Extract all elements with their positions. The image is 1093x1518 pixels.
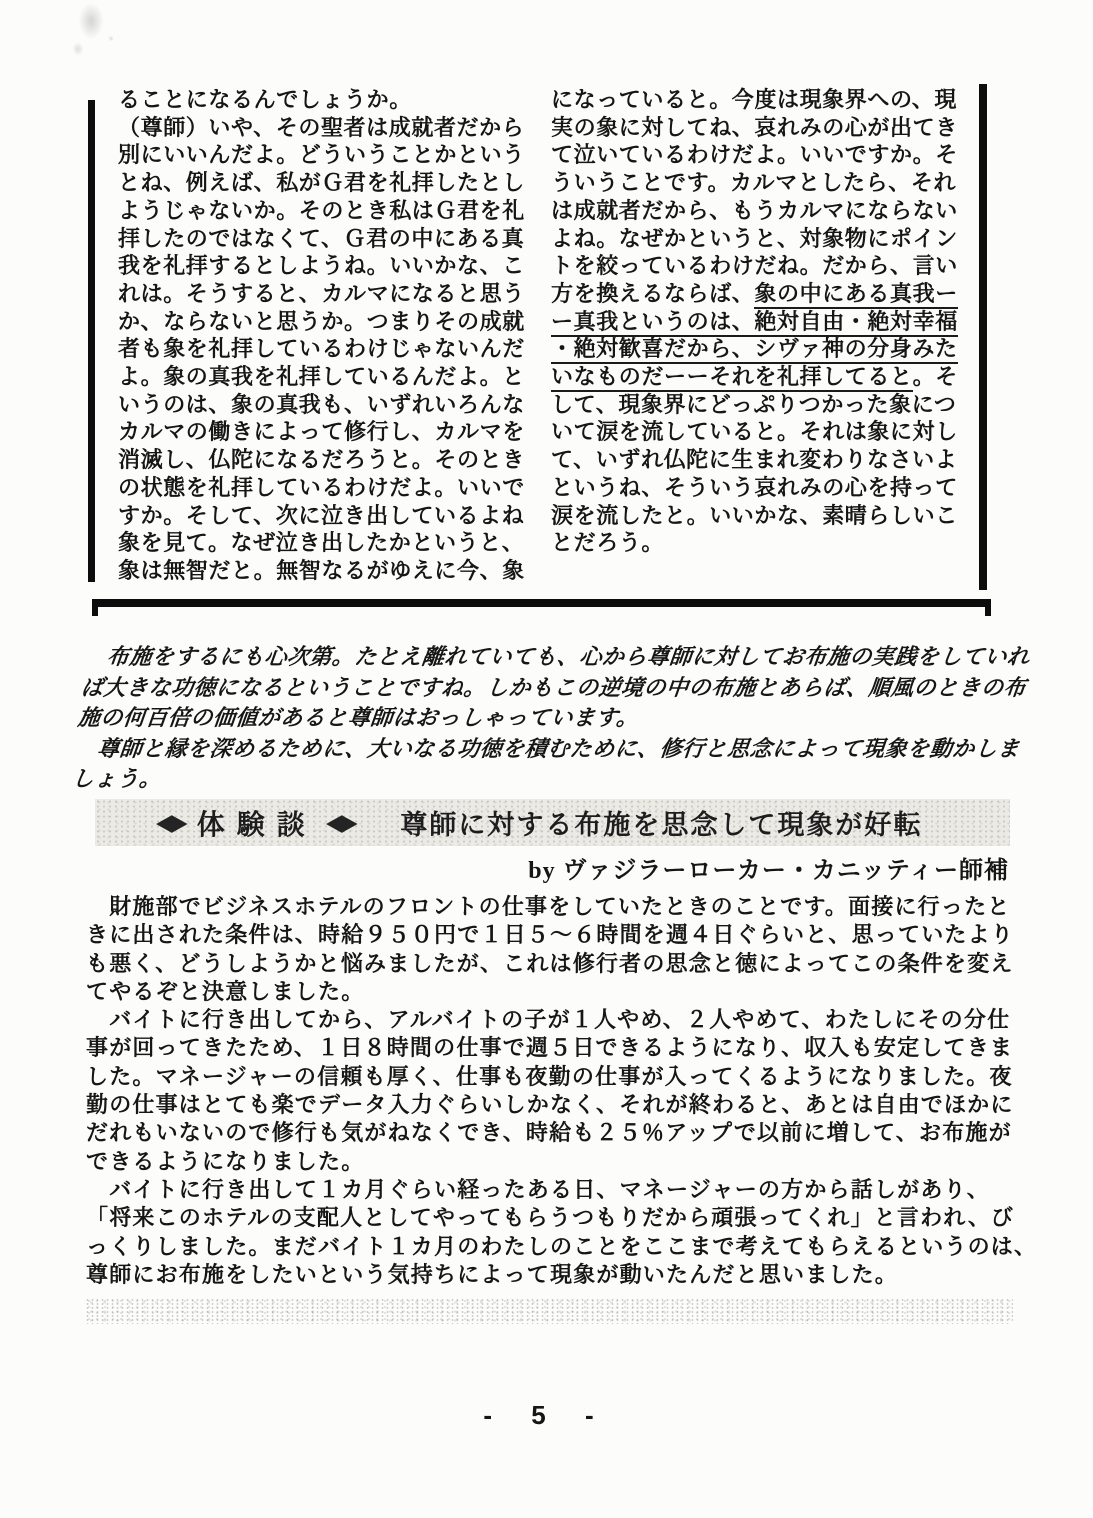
text-line: ー真我というのは、絶対自由・絶対幸福	[551, 308, 958, 336]
box-bottom-border	[92, 599, 991, 607]
text-line: ば大きな功徳になるということですね。しかもこの逆境の中の布施とあらば、順風のとき…	[80, 673, 1028, 704]
diamond-icon: ◆	[156, 809, 188, 836]
text-line: ういうことです。カルマとしたら、それ	[551, 169, 958, 197]
text-line: バイトに行き出してから、アルバイトの子が１人やめ、２人やめて、わたしにその分仕	[86, 1006, 1037, 1034]
text-line: 者も象を礼拝しているわけじゃないんだ	[118, 335, 525, 363]
text-line: して、現象界にどっぷりつかった象につ	[551, 391, 958, 419]
text-line: すか。そして、次に泣き出しているよね	[118, 502, 525, 530]
text-line: だれもいないので修行も気がねなくでき、時給も２５％アップで以前に増して、お布施が	[86, 1119, 1037, 1147]
diamond-icon: ◆	[326, 809, 358, 836]
text-line: ることになるんでしょうか。	[118, 86, 525, 114]
text-line: （尊師）いや、その聖者は成就者だから	[118, 114, 525, 142]
text-line: 実の象に対してね、哀れみの心が出てき	[551, 114, 958, 142]
text-line: 象は無智だと。無智なるがゆえに今、象	[118, 557, 525, 585]
page-number: - 5 -	[0, 1400, 1093, 1431]
text-line: きに出された条件は、時給９５０円で１日５～６時間を週４日ぐらいと、思っていたより	[86, 921, 1037, 949]
text-line: いなものだーーそれを礼拝してると。そ	[551, 363, 958, 391]
text-line: て、いずれ仏陀に生まれ変わりなさいよ	[551, 446, 958, 474]
section-label: 体験談	[197, 803, 317, 843]
text-line: よ。象の真我を礼拝しているんだよ。と	[118, 363, 525, 391]
scan-smudge-artifact	[34, 0, 144, 70]
feature-headline-band: ◆ 体験談 ◆ 尊師に対する布施を思念して現象が好転	[95, 799, 1010, 846]
box-right-border	[979, 84, 987, 590]
text-line: 消滅し、仏陀になるだろうと。そのとき	[118, 446, 525, 474]
text-line: というね、そういう哀れみの心を持って	[551, 474, 958, 502]
text-line: か、ならないと思うか。つまりその成就	[118, 308, 525, 336]
text-line: てやるぞと決意しました。	[86, 978, 1037, 1006]
text-line: 尊師と縁を深めるために、大いなる功徳を積むために、修行と思念によって現象を動かし…	[73, 734, 1021, 765]
text-line: 「将来このホテルの支配人としてやってもらうつもりだから頑張ってくれ」と言われ、び	[86, 1204, 1037, 1232]
text-line: トを絞っているわけだね。だから、言い	[551, 252, 958, 280]
text-line: 涙を流したと。いいかな、素晴らしいこ	[551, 502, 958, 530]
text-line: っくりしました。まだバイト１カ月のわたしのことをここまで考えてもらえるというのは…	[86, 1233, 1037, 1261]
text-line: 事が回ってきたため、１日８時間の仕事で週５日できるようになり、収入も安定してきま	[86, 1034, 1037, 1062]
text-line: ようじゃないか。そのとき私はＧ君を礼	[118, 197, 525, 225]
text-line: した。マネージャーの信頼も厚く、仕事も夜勤の仕事が入ってくるようになりました。夜	[86, 1063, 1037, 1091]
text-line: とだろう。	[551, 529, 958, 557]
text-line: カルマの働きによって修行し、カルマを	[118, 418, 525, 446]
testimonial-body: 財施部でビジネスホテルのフロントの仕事をしていたときのことです。面接に行ったとき…	[86, 893, 1037, 1289]
text-line: 財施部でビジネスホテルのフロントの仕事をしていたときのことです。面接に行ったと	[86, 893, 1037, 921]
scanner-noise-band	[85, 1298, 1013, 1324]
editor-commentary: 布施をするにも心次第。たとえ離れていても、心から尊師に対してお布施の実践をしてい…	[70, 642, 1031, 795]
dialogue-left-column: ることになるんでしょうか。（尊師）いや、その聖者は成就者だから別にいいんだよ。ど…	[118, 86, 525, 585]
text-line: 施の何百倍の価値があると尊師はおっしゃっています。	[76, 703, 1024, 734]
text-line: 拝したのではなくて、Ｇ君の中にある真	[118, 225, 525, 253]
text-line: 勤の仕事はとても楽でデータ入力ぐらいしかなく、それが終わると、あとは自由でほかに	[86, 1091, 1037, 1119]
text-line: ・絶対歓喜だから、シヴァ神の分身みた	[551, 335, 958, 363]
feature-byline: by ヴァジラーローカー・カニッティー師補	[528, 850, 1009, 885]
dialogue-right-column: になっていると。今度は現象界への、現実の象に対してね、哀れみの心が出てきて泣いて…	[551, 86, 958, 557]
feature-title: 尊師に対する布施を思念して現象が好転	[400, 803, 922, 842]
text-line: できるようになりました。	[86, 1148, 1037, 1176]
text-line: 尊師にお布施をしたいという気持ちによって現象が動いたんだと思いました。	[86, 1261, 1037, 1289]
text-line: 布施をするにも心次第。たとえ離れていても、心から尊師に対してお布施の実践をしてい…	[83, 642, 1031, 673]
text-line: 別にいいんだよ。どういうことかという	[118, 141, 525, 169]
scanned-page: ることになるんでしょうか。（尊師）いや、その聖者は成就者だから別にいいんだよ。ど…	[0, 0, 1093, 1518]
text-line: いうのは、象の真我も、いずれいろんな	[118, 391, 525, 419]
box-left-border	[88, 100, 95, 582]
text-line: いて涙を流していると。それは象に対し	[551, 418, 958, 446]
text-line: れは。そうすると、カルマになると思う	[118, 280, 525, 308]
text-line: よね。なぜかというと、対象物にポイン	[551, 225, 958, 253]
text-line: 我を礼拝するとしようね。いいかな、こ	[118, 252, 525, 280]
text-line: 方を換えるならば、象の中にある真我ー	[551, 280, 958, 308]
text-line: になっていると。今度は現象界への、現	[551, 86, 958, 114]
text-line: は成就者だから、もうカルマにならない	[551, 197, 958, 225]
text-line: の状態を礼拝しているわけだよ。いいで	[118, 474, 525, 502]
text-line: しょう。	[70, 764, 1018, 795]
text-line: バイトに行き出して１カ月ぐらい経ったある日、マネージャーの方から話しがあり、	[86, 1176, 1037, 1204]
text-line: て泣いているわけだよ。いいですか。そ	[551, 141, 958, 169]
text-line: 象を見て。なぜ泣き出したかというと、	[118, 529, 525, 557]
text-line: も悪く、どうしようかと悩みましたが、これは修行者の思念と徳によってこの条件を変え	[86, 950, 1037, 978]
text-line: とね、例えば、私がＧ君を礼拝したとし	[118, 169, 525, 197]
